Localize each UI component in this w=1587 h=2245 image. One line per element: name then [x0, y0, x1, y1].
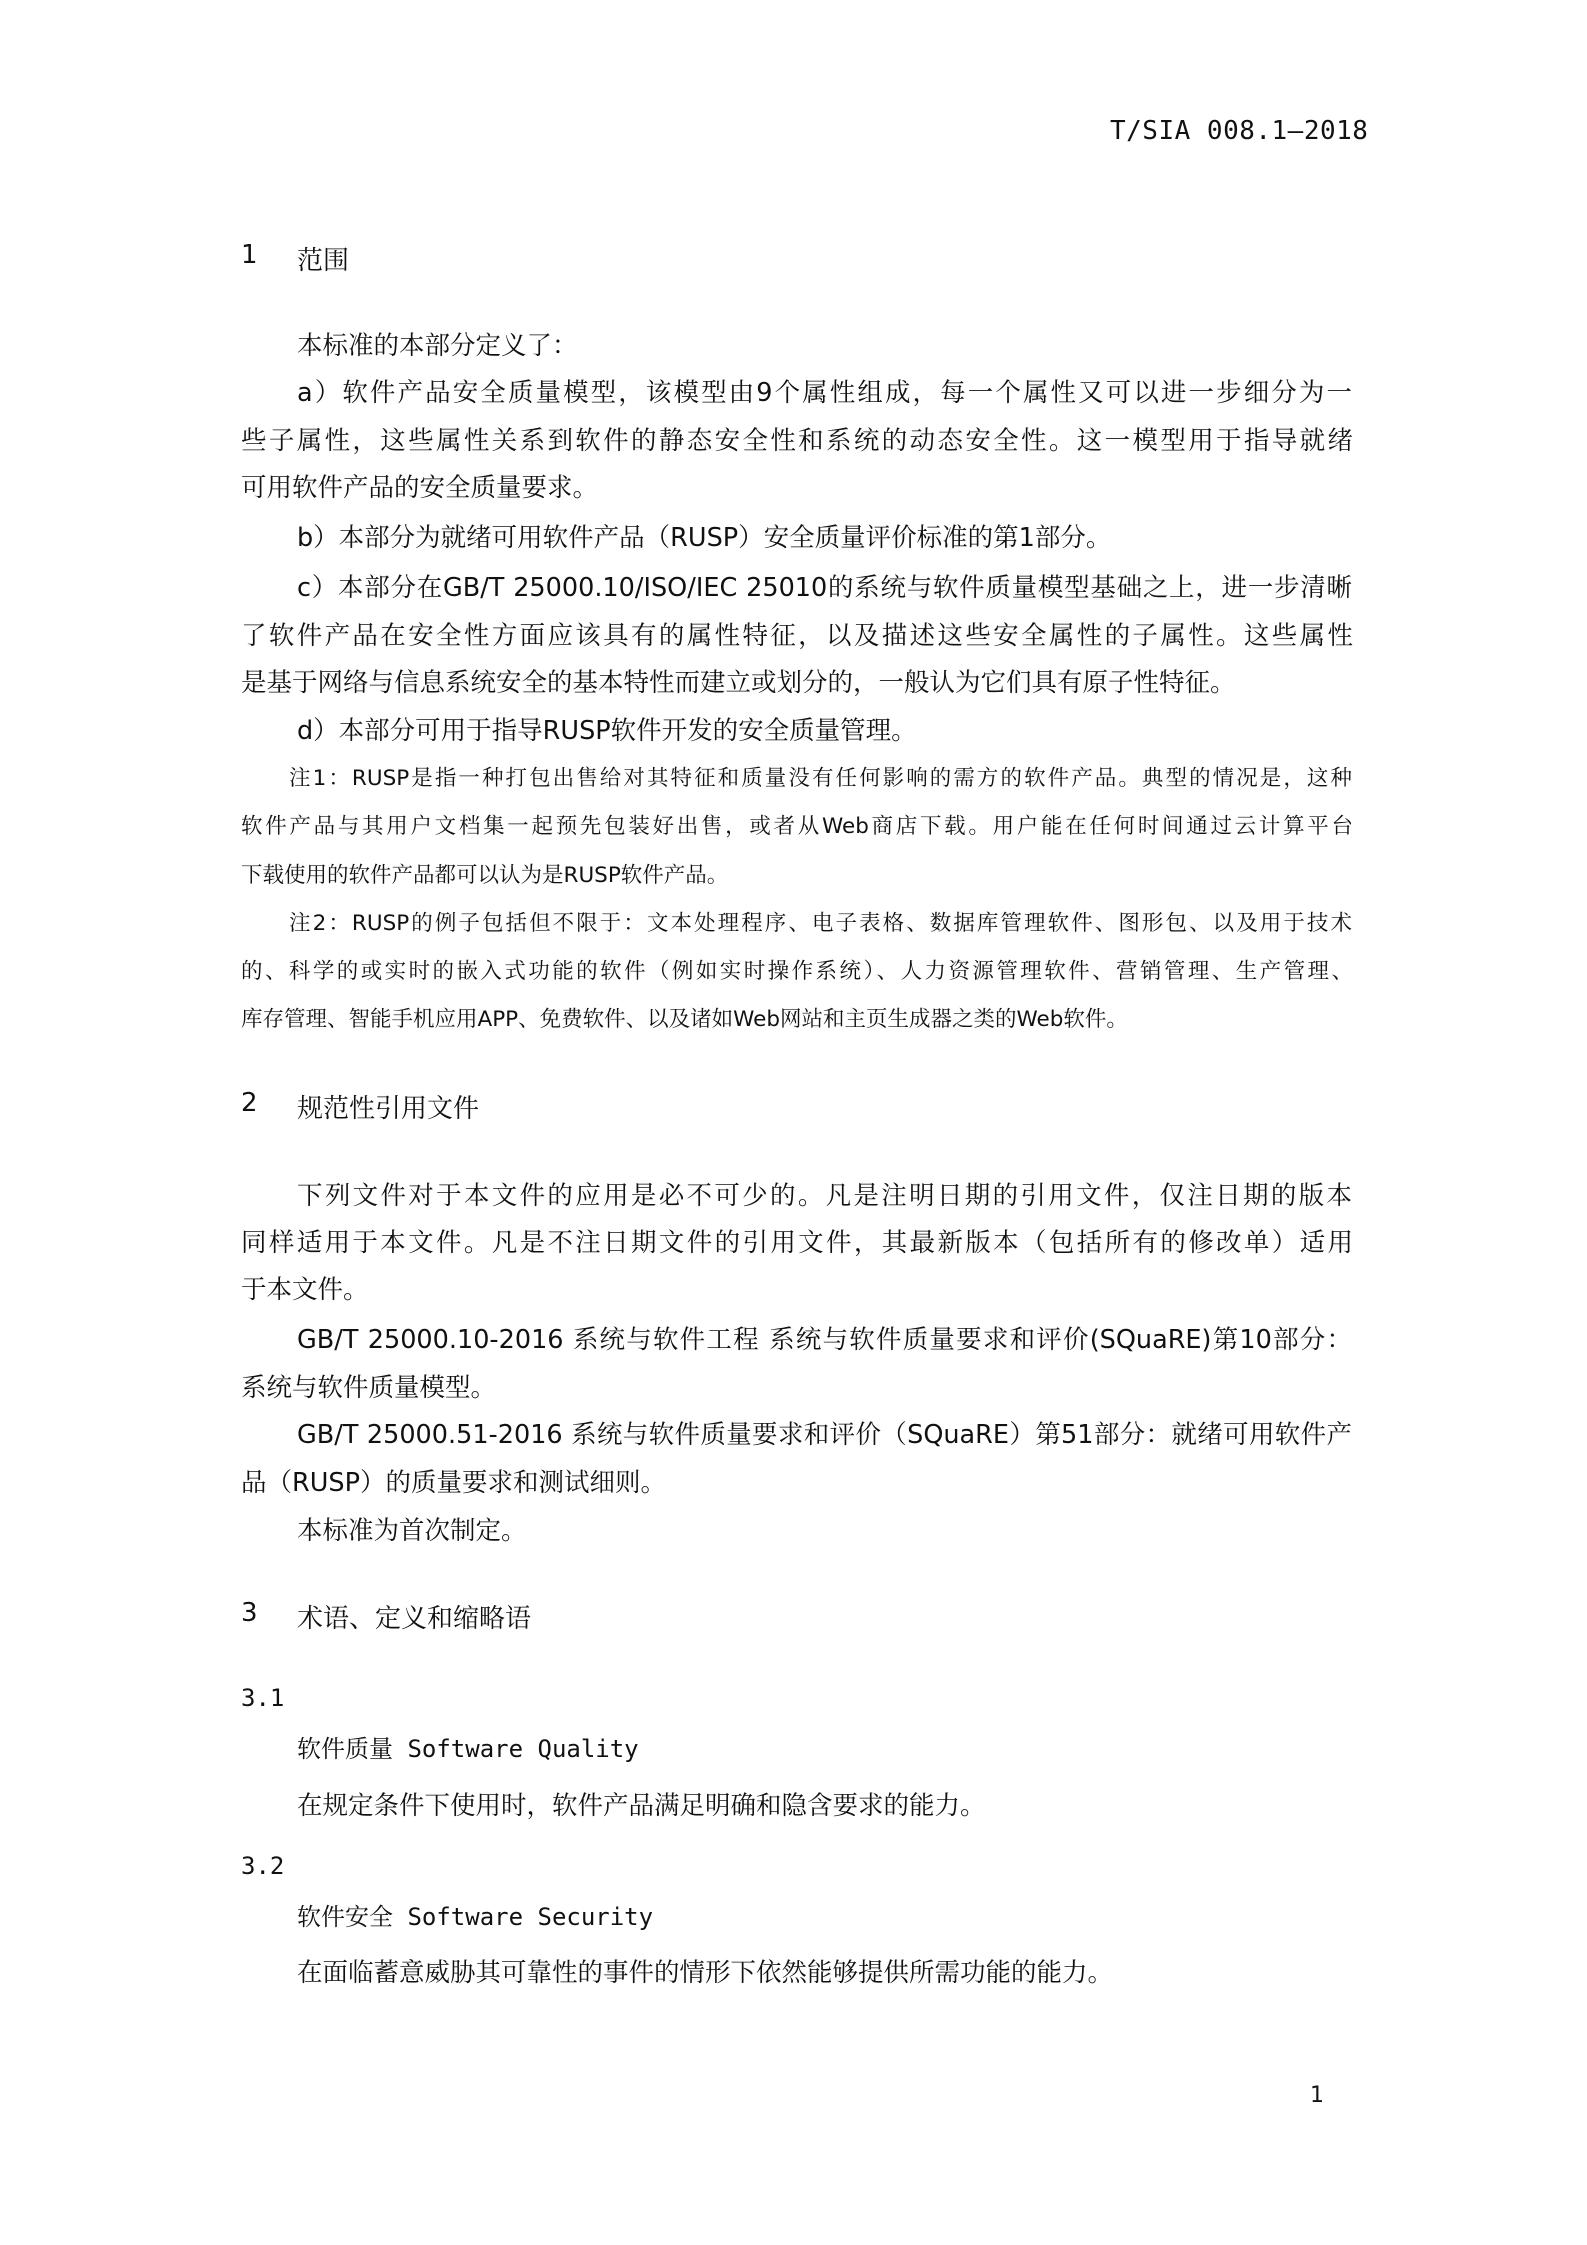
section-2-intro-line-1: 下列文件对于本文件的应用是必不可少的。凡是注明日期的引用文件，仅注日期的版本	[297, 1176, 1352, 1212]
section-1-heading: 1 范围	[241, 240, 641, 276]
section-number: 1	[241, 240, 258, 270]
term-definition-3-2: 在面临蓄意威胁其可靠性的事件的情形下依然能够提供所需功能的能力。	[297, 1953, 1113, 1989]
note-1-line-3: 下载使用的软件产品都可以认为是RUSP软件产品。	[241, 858, 728, 889]
term-number-3-2: 3.2	[241, 1852, 284, 1880]
section-number: 2	[241, 1088, 258, 1118]
document-code-header: T/SIA 008.1—2018	[1110, 116, 1368, 146]
term-definition-3-1: 在规定条件下使用时，软件产品满足明确和隐含要求的能力。	[297, 1786, 986, 1822]
item-b-line-1: b）本部分为就绪可用软件产品（RUSP）安全质量评价标准的第1部分。	[297, 518, 1111, 554]
section-2-heading: 2 规范性引用文件	[241, 1088, 741, 1124]
note-1-line-2: 软件产品与其用户文档集一起预先包装好出售，或者从Web商店下载。用户能在任何时间…	[241, 809, 1353, 840]
section-2-intro-line-2: 同样适用于本文件。凡是不注日期文件的引用文件，其最新版本（包括所有的修改单）适用	[241, 1223, 1353, 1259]
item-a-line-1: a）软件产品安全质量模型，该模型由9个属性组成，每一个属性又可以进一步细分为一	[297, 373, 1352, 409]
item-c-line-3: 是基于网络与信息系统安全的基本特性而建立或划分的，一般认为它们具有原子性特征。	[241, 663, 1236, 699]
item-a-line-3: 可用软件产品的安全质量要求。	[241, 468, 598, 504]
note-2-line-1: 注2：RUSP的例子包括但不限于：文本处理程序、电子表格、数据库管理软件、图形包…	[289, 906, 1352, 937]
section-3-heading: 3 术语、定义和缩略语	[241, 1598, 841, 1634]
reference-2-line-2: 品（RUSP）的质量要求和测试细则。	[241, 1463, 666, 1499]
item-c-line-2: 了软件产品在安全性方面应该具有的属性特征，以及描述这些安全属性的子属性。这些属性	[241, 616, 1353, 652]
note-2-line-2: 的、科学的或实时的嵌入式功能的软件（例如实时操作系统）、人力资源管理软件、营销管…	[241, 954, 1353, 985]
section-2-closing: 本标准为首次制定。	[297, 1511, 527, 1547]
item-a-line-2: 些子属性，这些属性关系到软件的静态安全性和系统的动态安全性。这一模型用于指导就绪	[241, 421, 1353, 457]
note-2-line-3: 库存管理、智能手机应用APP、免费软件、以及诸如Web网站和主页生成器之类的We…	[241, 1002, 1128, 1033]
reference-2-line-1: GB/T 25000.51-2016 系统与软件质量要求和评价（SQuaRE）第…	[297, 1415, 1352, 1451]
section-title: 术语、定义和缩略语	[297, 1598, 531, 1635]
page-number: 1	[1310, 2083, 1324, 2108]
item-c-line-1: c）本部分在GB/T 25000.10/ISO/IEC 25010的系统与软件质…	[297, 568, 1352, 604]
reference-1-line-1: GB/T 25000.10-2016 系统与软件工程 系统与软件质量要求和评价(…	[297, 1320, 1352, 1356]
section-1-intro: 本标准的本部分定义了：	[297, 326, 578, 362]
note-1-line-1: 注1：RUSP是指一种打包出售给对其特征和质量没有任何影响的需方的软件产品。典型…	[289, 761, 1352, 792]
document-page: T/SIA 008.1—2018 1 范围 本标准的本部分定义了： a）软件产品…	[0, 0, 1587, 2245]
term-title-3-1: 软件质量 Software Quality	[297, 1729, 639, 1764]
section-title: 规范性引用文件	[297, 1088, 479, 1125]
section-title: 范围	[297, 240, 349, 277]
section-number: 3	[241, 1598, 258, 1628]
term-title-3-2: 软件安全 Software Security	[297, 1897, 653, 1932]
reference-1-line-2: 系统与软件质量模型。	[241, 1368, 496, 1404]
item-d-line-1: d）本部分可用于指导RUSP软件开发的安全质量管理。	[297, 711, 917, 747]
section-2-intro-line-3: 于本文件。	[241, 1270, 369, 1306]
term-number-3-1: 3.1	[241, 1684, 284, 1712]
